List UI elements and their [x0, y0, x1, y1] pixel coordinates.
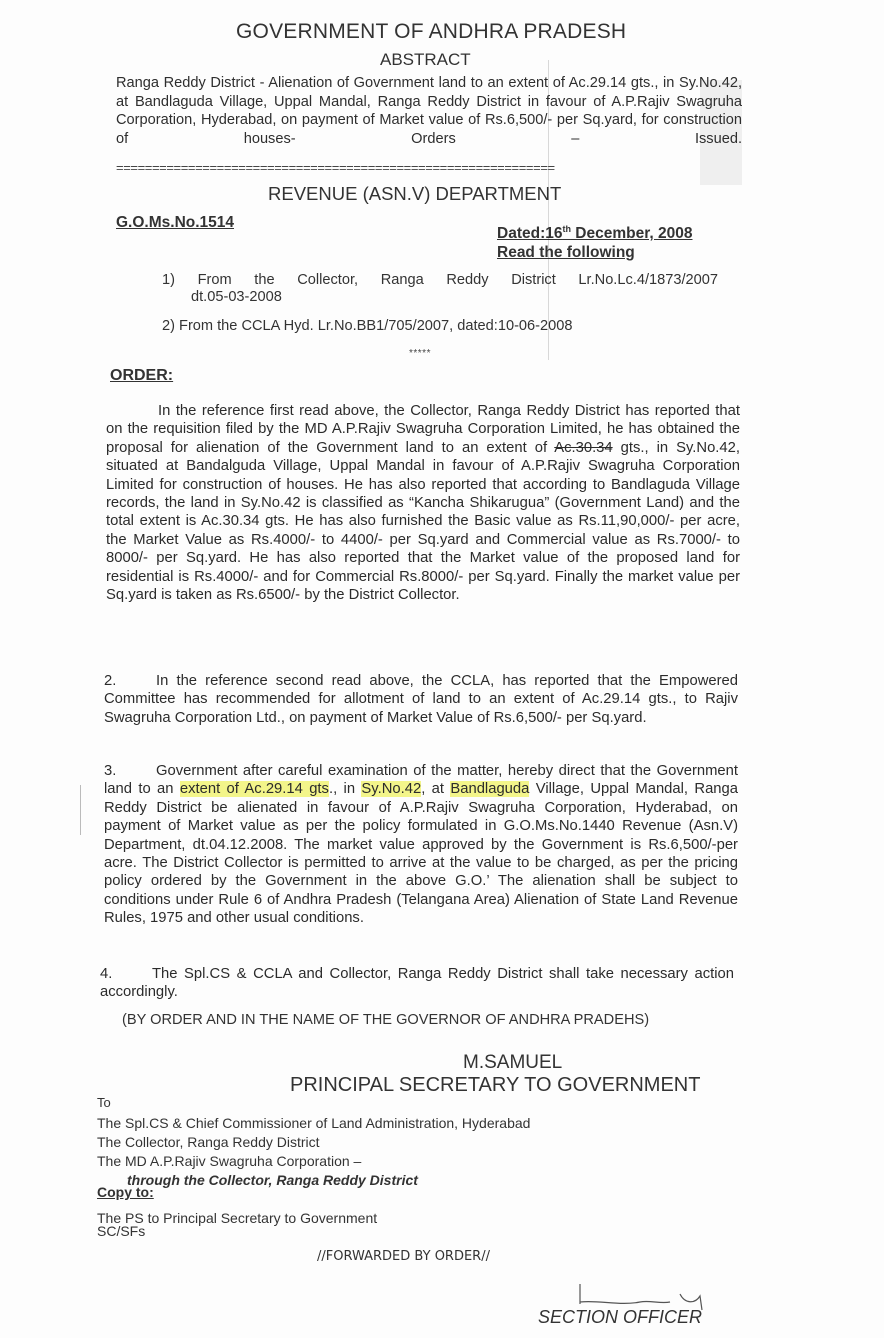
paragraph-1: In the reference first read above, the C… — [106, 402, 740, 604]
forwarded-by-order: //FORWARDED BY ORDER// — [317, 1249, 490, 1264]
stars-divider: ***** — [409, 348, 431, 359]
government-heading: GOVERNMENT OF ANDHRA PRADESH — [236, 20, 626, 44]
paragraph-3-text-d: Village, Uppal Mandal, Ranga Reddy Distr… — [104, 781, 738, 926]
paragraph-3-text-c: , at — [421, 781, 450, 797]
struck-extent: Ac.30.34 — [554, 440, 612, 456]
paragraph-3-number: 3. — [104, 762, 156, 780]
recipient-3: The MD A.P.Rajiv Swagruha Corporation – — [97, 1153, 361, 1169]
department-heading: REVENUE (ASN.V) DEPARTMENT — [268, 183, 561, 205]
date-prefix: Dated:16 — [497, 225, 562, 242]
paragraph-4: 4.The Spl.CS & CCLA and Collector, Ranga… — [100, 965, 734, 1002]
reference-1-line1: 1) From the Collector, Ranga Reddy Distr… — [162, 272, 718, 289]
reference-1: 1) From the Collector, Ranga Reddy Distr… — [162, 272, 718, 289]
order-date: Dated:16th December, 2008 — [497, 224, 692, 243]
separator-rule: ========================================… — [116, 160, 555, 175]
copy-recipient-2: SC/SFs — [97, 1223, 145, 1239]
to-label: To — [97, 1095, 111, 1110]
highlight-village: Bandlaguda — [450, 781, 529, 797]
paragraph-2-text: In the reference second read above, the … — [104, 673, 738, 726]
order-heading: ORDER: — [110, 367, 173, 385]
recipient-2: The Collector, Ranga Reddy District — [97, 1134, 320, 1150]
reference-2: 2) From the CCLA Hyd. Lr.No.BB1/705/2007… — [162, 318, 573, 334]
date-ordinal: th — [562, 224, 571, 234]
margin-pen-mark — [80, 785, 83, 835]
paragraph-3: 3.Government after careful examination o… — [104, 762, 738, 928]
highlight-extent-text: extent of Ac.29.14 gts — [180, 781, 329, 797]
read-following-heading: Read the following — [497, 244, 635, 262]
paragraph-1-text-b: gts., in Sy.No.42, situated at Bandalgud… — [106, 440, 740, 603]
go-number: G.O.Ms.No.1514 — [116, 214, 234, 232]
highlight-extent: extent of Ac.29.14 gts — [180, 781, 329, 797]
recipient-1: The Spl.CS & Chief Commissioner of Land … — [97, 1115, 530, 1131]
document-page: GOVERNMENT OF ANDHRA PRADESH ABSTRACT Ra… — [0, 0, 884, 1338]
date-suffix: December, 2008 — [571, 225, 693, 242]
abstract-text: Ranga Reddy District - Alienation of Gov… — [116, 74, 742, 167]
paragraph-3-text-b: ., in — [329, 781, 361, 797]
paragraph-4-text: The Spl.CS & CCLA and Collector, Ranga R… — [100, 966, 734, 1000]
paragraph-2-number: 2. — [104, 672, 156, 690]
paragraph-2: 2.In the reference second read above, th… — [104, 672, 738, 727]
reference-1-date: dt.05-03-2008 — [191, 289, 282, 305]
copy-to-label: Copy to: — [97, 1184, 154, 1200]
signer-name: M.SAMUEL — [463, 1052, 562, 1074]
abstract-heading: ABSTRACT — [380, 50, 471, 70]
highlight-survey-number: Sy.No.42 — [361, 781, 421, 797]
by-order-line: (BY ORDER AND IN THE NAME OF THE GOVERNO… — [122, 1012, 649, 1028]
recipient-3-route: through the Collector, Ranga Reddy Distr… — [127, 1172, 418, 1188]
signer-designation: PRINCIPAL SECRETARY TO GOVERNMENT — [290, 1074, 700, 1097]
paragraph-4-number: 4. — [100, 965, 152, 983]
section-officer-label: SECTION OFFICER — [538, 1307, 702, 1328]
